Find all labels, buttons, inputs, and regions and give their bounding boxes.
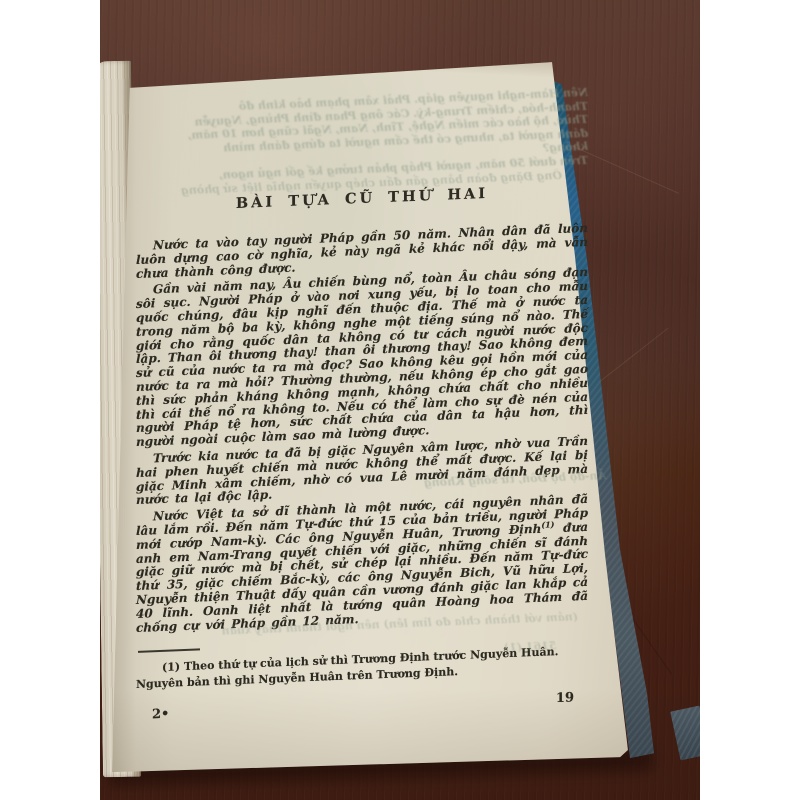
body-text: Nước ta vào tay người Pháp gần 50 năm. N… — [136, 222, 588, 635]
ghost-text-fragment: 5161 (1) — [504, 639, 557, 654]
paragraph-2: Gần vài năm nay, Âu chiến bùng nổ, toàn … — [136, 266, 588, 450]
page-number: 19 — [556, 691, 574, 707]
page-content: Nên Hàm-nghi nguyên giáp. Phải xâm phạm … — [136, 82, 588, 723]
signature-mark: 2• — [152, 707, 169, 723]
footnote-separator-rule — [138, 649, 200, 653]
footnote-marker: (1) — [541, 519, 554, 530]
book-photo: Nên Hàm-nghi nguyên giáp. Phải xâm phạm … — [100, 0, 700, 800]
